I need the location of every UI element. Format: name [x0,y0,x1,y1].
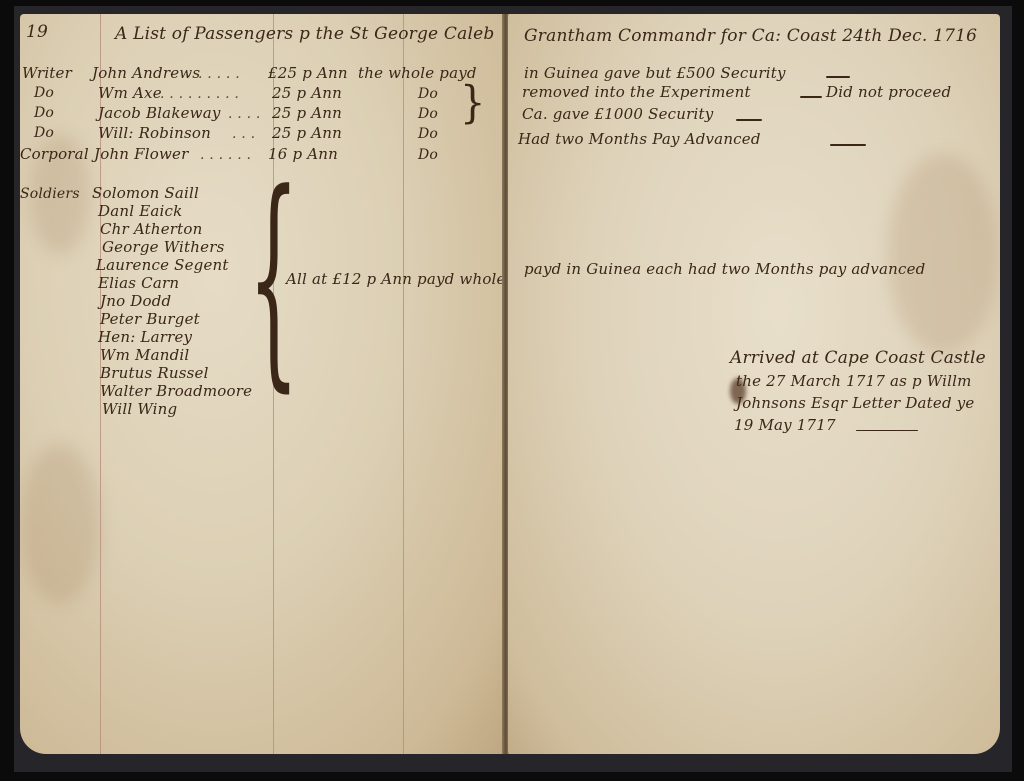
pen-stroke [826,76,850,78]
soldier-name: Will Wing [102,400,177,418]
officer-note: Do [418,106,438,122]
pen-stroke [856,430,918,431]
soldiers-pay-note: payd in Guinea each had two Months pay a… [524,260,926,278]
paper-stain [20,444,100,604]
officer-name: John Andrews [92,64,200,82]
arrival-line: Johnsons Esqr Letter Dated ye [736,394,975,412]
officer-pay: 25 p Ann [272,124,342,142]
officer-name: John Flower [94,145,188,163]
soldier-name: Danl Eaick [98,202,182,220]
officer-note: Do [418,86,438,102]
soldier-name: Solomon Saill [92,184,199,202]
soldiers-pay-note: All at £12 p Ann payd whole [286,270,506,288]
soldier-name: Chr Atherton [100,220,203,238]
officer-pay: £25 p Ann [268,64,348,82]
officer-name: Jacob Blakeway [98,104,221,122]
soldier-name: George Withers [102,238,225,256]
note-line: Had two Months Pay Advanced [518,130,761,148]
page-number: 19 [26,22,48,42]
note-line: removed into the Experiment [522,83,751,101]
page-title: A List of Passengers p the St George Cal… [115,24,494,44]
right-brace: } [460,78,485,129]
officer-role: Do [34,105,54,121]
leader-dots: . . . [232,126,255,142]
officer-role: Corporal [20,145,89,163]
arrival-line: 19 May 1717 [734,416,836,434]
soldier-name: Hen: Larrey [98,328,192,346]
officer-note: Do [418,126,438,142]
leader-dots: . . . . . . [200,147,251,163]
leader-dots: . . . . . [198,66,240,82]
page-heading: Grantham Commandr for Ca: Coast 24th Dec… [524,26,977,46]
leader-dots: . . . . . . . . . [160,86,239,102]
pen-stroke [736,119,762,121]
soldier-name: Elias Carn [98,274,179,292]
officer-note: Do [418,147,438,163]
soldier-name: Walter Broadmoore [100,382,252,400]
soldier-name: Jno Dodd [100,292,171,310]
ledger-rule-line [403,14,404,754]
officer-note: the whole payd [358,64,477,82]
paper-stain [888,154,998,354]
officer-role: Do [34,125,54,141]
pen-stroke [800,96,822,98]
soldier-name: Peter Burget [100,310,200,328]
pen-stroke [830,144,866,146]
officer-name: Wm Axe [98,84,162,102]
officer-role: Do [34,85,54,101]
soldier-name: Laurence Segent [96,256,229,274]
note-line: in Guinea gave but £500 Security [524,64,786,82]
officer-pay: 25 p Ann [272,104,342,122]
left-page: 19 A List of Passengers p the St George … [20,14,506,754]
officer-pay: 25 p Ann [272,84,342,102]
arrival-line: the 27 March 1717 as p Willm [736,372,972,390]
arrival-line: Arrived at Cape Coast Castle [730,348,986,368]
officer-name: Will: Robinson [98,124,211,142]
soldiers-label: Soldiers [20,186,80,202]
leader-dots: . . . . [228,106,261,122]
note-line: Did not proceed [826,83,951,101]
soldier-name: Brutus Russel [100,364,209,382]
officer-role: Writer [22,64,72,82]
note-line: Ca. gave £1000 Security [522,105,713,123]
soldier-name: Wm Mandil [100,346,189,364]
right-page: Grantham Commandr for Ca: Coast 24th Dec… [508,14,1000,754]
